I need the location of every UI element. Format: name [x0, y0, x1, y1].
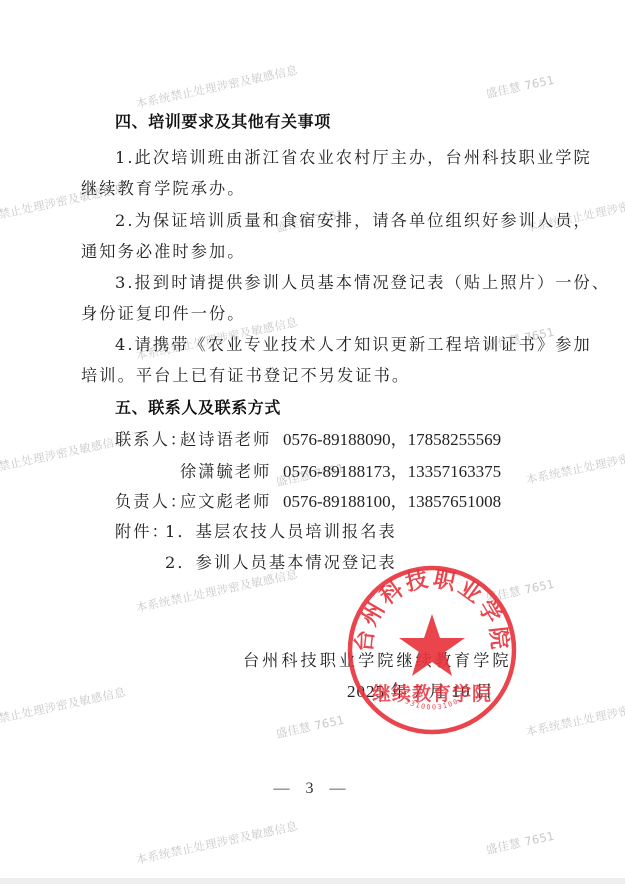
page-number: — 3 — — [0, 780, 625, 798]
bottom-bar — [0, 878, 625, 884]
paragraph-line: 4.请携带《农业专业技术人才知识更新工程培训证书》参加 — [115, 335, 592, 355]
official-seal-icon: 台州科技职业学院 继续教育学院 3310003100 — [344, 562, 520, 738]
section-heading: 五、联系人及联系方式 — [115, 398, 281, 418]
paragraph-line: 3.报到时请提供参训人员基本情况登记表（贴上照片）一份、 — [115, 273, 610, 293]
attachment-item: 1．基层农技人员培训报名表 — [165, 522, 397, 542]
responsible-name: 应文彪老师 — [180, 492, 271, 512]
watermark-notice: 本系统禁止处理涉密及敏感信息 — [0, 684, 127, 734]
watermark-notice: 本系统禁止处理涉密及敏感信息 — [134, 566, 299, 616]
paragraph-line: 培训。平台上已有证书登记不另发证书。 — [81, 366, 410, 386]
contact-phones: 0576-89188090，17858255569 — [283, 430, 501, 450]
paragraph-line: 通知务必准时参加。 — [81, 242, 246, 262]
contact-phones: 0576-89188173，13357163375 — [283, 462, 501, 482]
paragraph-line: 继续教育学院承办。 — [81, 179, 246, 199]
attachments-label: 附件： — [115, 522, 170, 542]
paragraph-line: 1.此次培训班由浙江省农业农村厅主办，台州科技职业学院 — [115, 148, 592, 168]
watermark-notice: 本系统禁止处理涉密及敏感信息 — [524, 438, 625, 488]
watermark-notice: 本系统禁止处理涉密及敏感信息 — [134, 818, 299, 868]
watermark-notice: 本系统禁止处理涉密及敏感信息 — [134, 62, 299, 112]
contacts-label: 联系人： — [115, 430, 188, 450]
contact-name: 徐潇毓老师 — [180, 462, 271, 482]
paragraph-line: 身份证复印件一份。 — [81, 304, 246, 324]
document-page: 本系统禁止处理涉密及敏感信息 盛佳慧 7651 本系统禁止处理涉密及敏感信息 盛… — [0, 0, 625, 878]
contact-name: 赵诗语老师 — [180, 430, 271, 450]
watermark-notice: 本系统禁止处理涉密及敏感信息 — [0, 432, 127, 482]
watermark-user: 盛佳慧 7651 — [274, 712, 346, 742]
responsible-phones: 0576-89188100，13857651008 — [283, 492, 501, 512]
watermark-user: 盛佳慧 7651 — [484, 828, 556, 858]
responsible-label: 负责人： — [115, 492, 188, 512]
seal-inner-text: 继续教育学院 — [372, 682, 492, 705]
watermark-notice: 本系统禁止处理涉密及敏感信息 — [524, 690, 625, 740]
section-heading: 四、培训要求及其他有关事项 — [115, 112, 331, 132]
paragraph-line: 2.为保证培训质量和食宿安排，请各单位组织好参训人员， — [115, 211, 592, 231]
watermark-user: 盛佳慧 7651 — [484, 72, 556, 102]
